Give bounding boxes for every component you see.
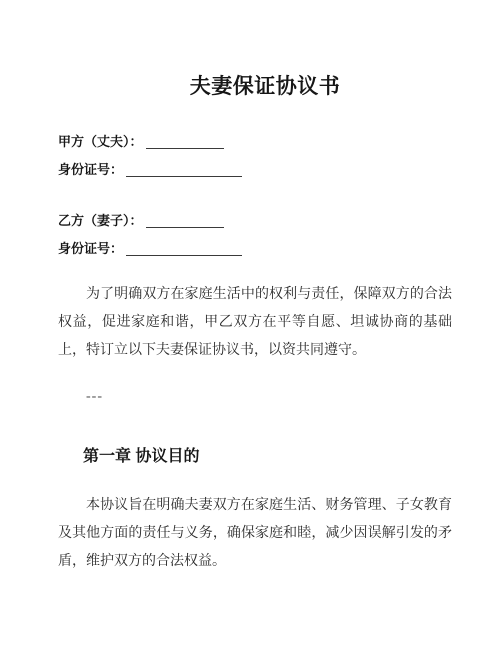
party-b-name-blank: [146, 214, 224, 228]
party-a-name-blank: [146, 135, 224, 149]
party-b-id-blank: [126, 242, 242, 256]
party-a-id-label: 身份证号：: [58, 162, 123, 177]
party-b-name-line: 乙方（妻子）：: [58, 207, 452, 235]
chapter-one-heading: 第一章 协议目的: [83, 443, 452, 471]
chapter-one-body-paragraph: 本协议旨在明确夫妻双方在家庭生活、财务管理、子女教育及其他方面的责任与义务，确保…: [58, 492, 452, 576]
party-a-name-label: 甲方（丈夫）：: [58, 134, 143, 149]
party-b-id-label: 身份证号：: [58, 241, 123, 256]
party-b-section: 乙方（妻子）： 身份证号：: [58, 207, 452, 263]
party-b-id-line: 身份证号：: [58, 235, 452, 263]
document-page: 夫妻保证协议书 甲方（丈夫）： 身份证号： 乙方（妻子）： 身份证号： 为了明确…: [0, 0, 500, 647]
party-a-name-line: 甲方（丈夫）：: [58, 128, 452, 156]
party-a-id-line: 身份证号：: [58, 156, 452, 184]
party-a-id-blank: [126, 163, 242, 177]
document-title: 夫妻保证协议书: [68, 72, 462, 102]
party-a-section: 甲方（丈夫）： 身份证号：: [58, 128, 452, 184]
party-b-name-label: 乙方（妻子）：: [58, 213, 143, 228]
preamble-paragraph: 为了明确双方在家庭生活中的权利与责任，保障双方的合法权益，促进家庭和谐，甲乙双方…: [58, 281, 452, 365]
separator-dashes: ---: [58, 383, 452, 411]
